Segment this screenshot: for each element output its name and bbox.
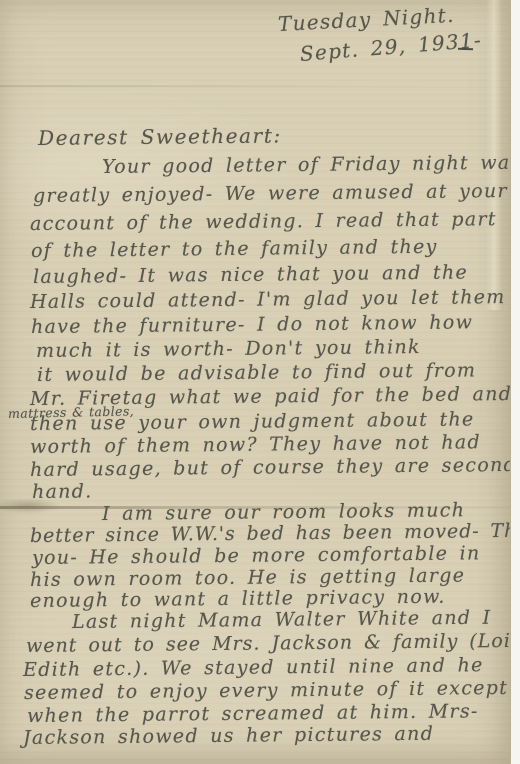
letter-scan: Tuesday Night. Sept. 29, 1931- Dearest S… [0,0,520,764]
letter-line: have the furniture- I do not know how [31,311,473,338]
scan-background-edge [510,0,520,764]
letter-line: Jackson showed us her pictures and [23,723,434,749]
letter-line: hand. [32,480,93,503]
letter-line: it would be advisable to find out from [37,359,477,386]
letter-line: laughed- It was nice that you and the [33,261,468,288]
letter-line: Your good letter of Friday night was [102,152,520,178]
letter-line: of the letter to the family and they [31,236,438,262]
letter-line: then use your own judgment about the [30,408,475,435]
salutation: Dearest Sweetheart: [38,123,282,150]
letter-line: much it is worth- Don't you think [36,336,421,362]
letter-line: Last night Mama Walter White and I [72,607,492,633]
